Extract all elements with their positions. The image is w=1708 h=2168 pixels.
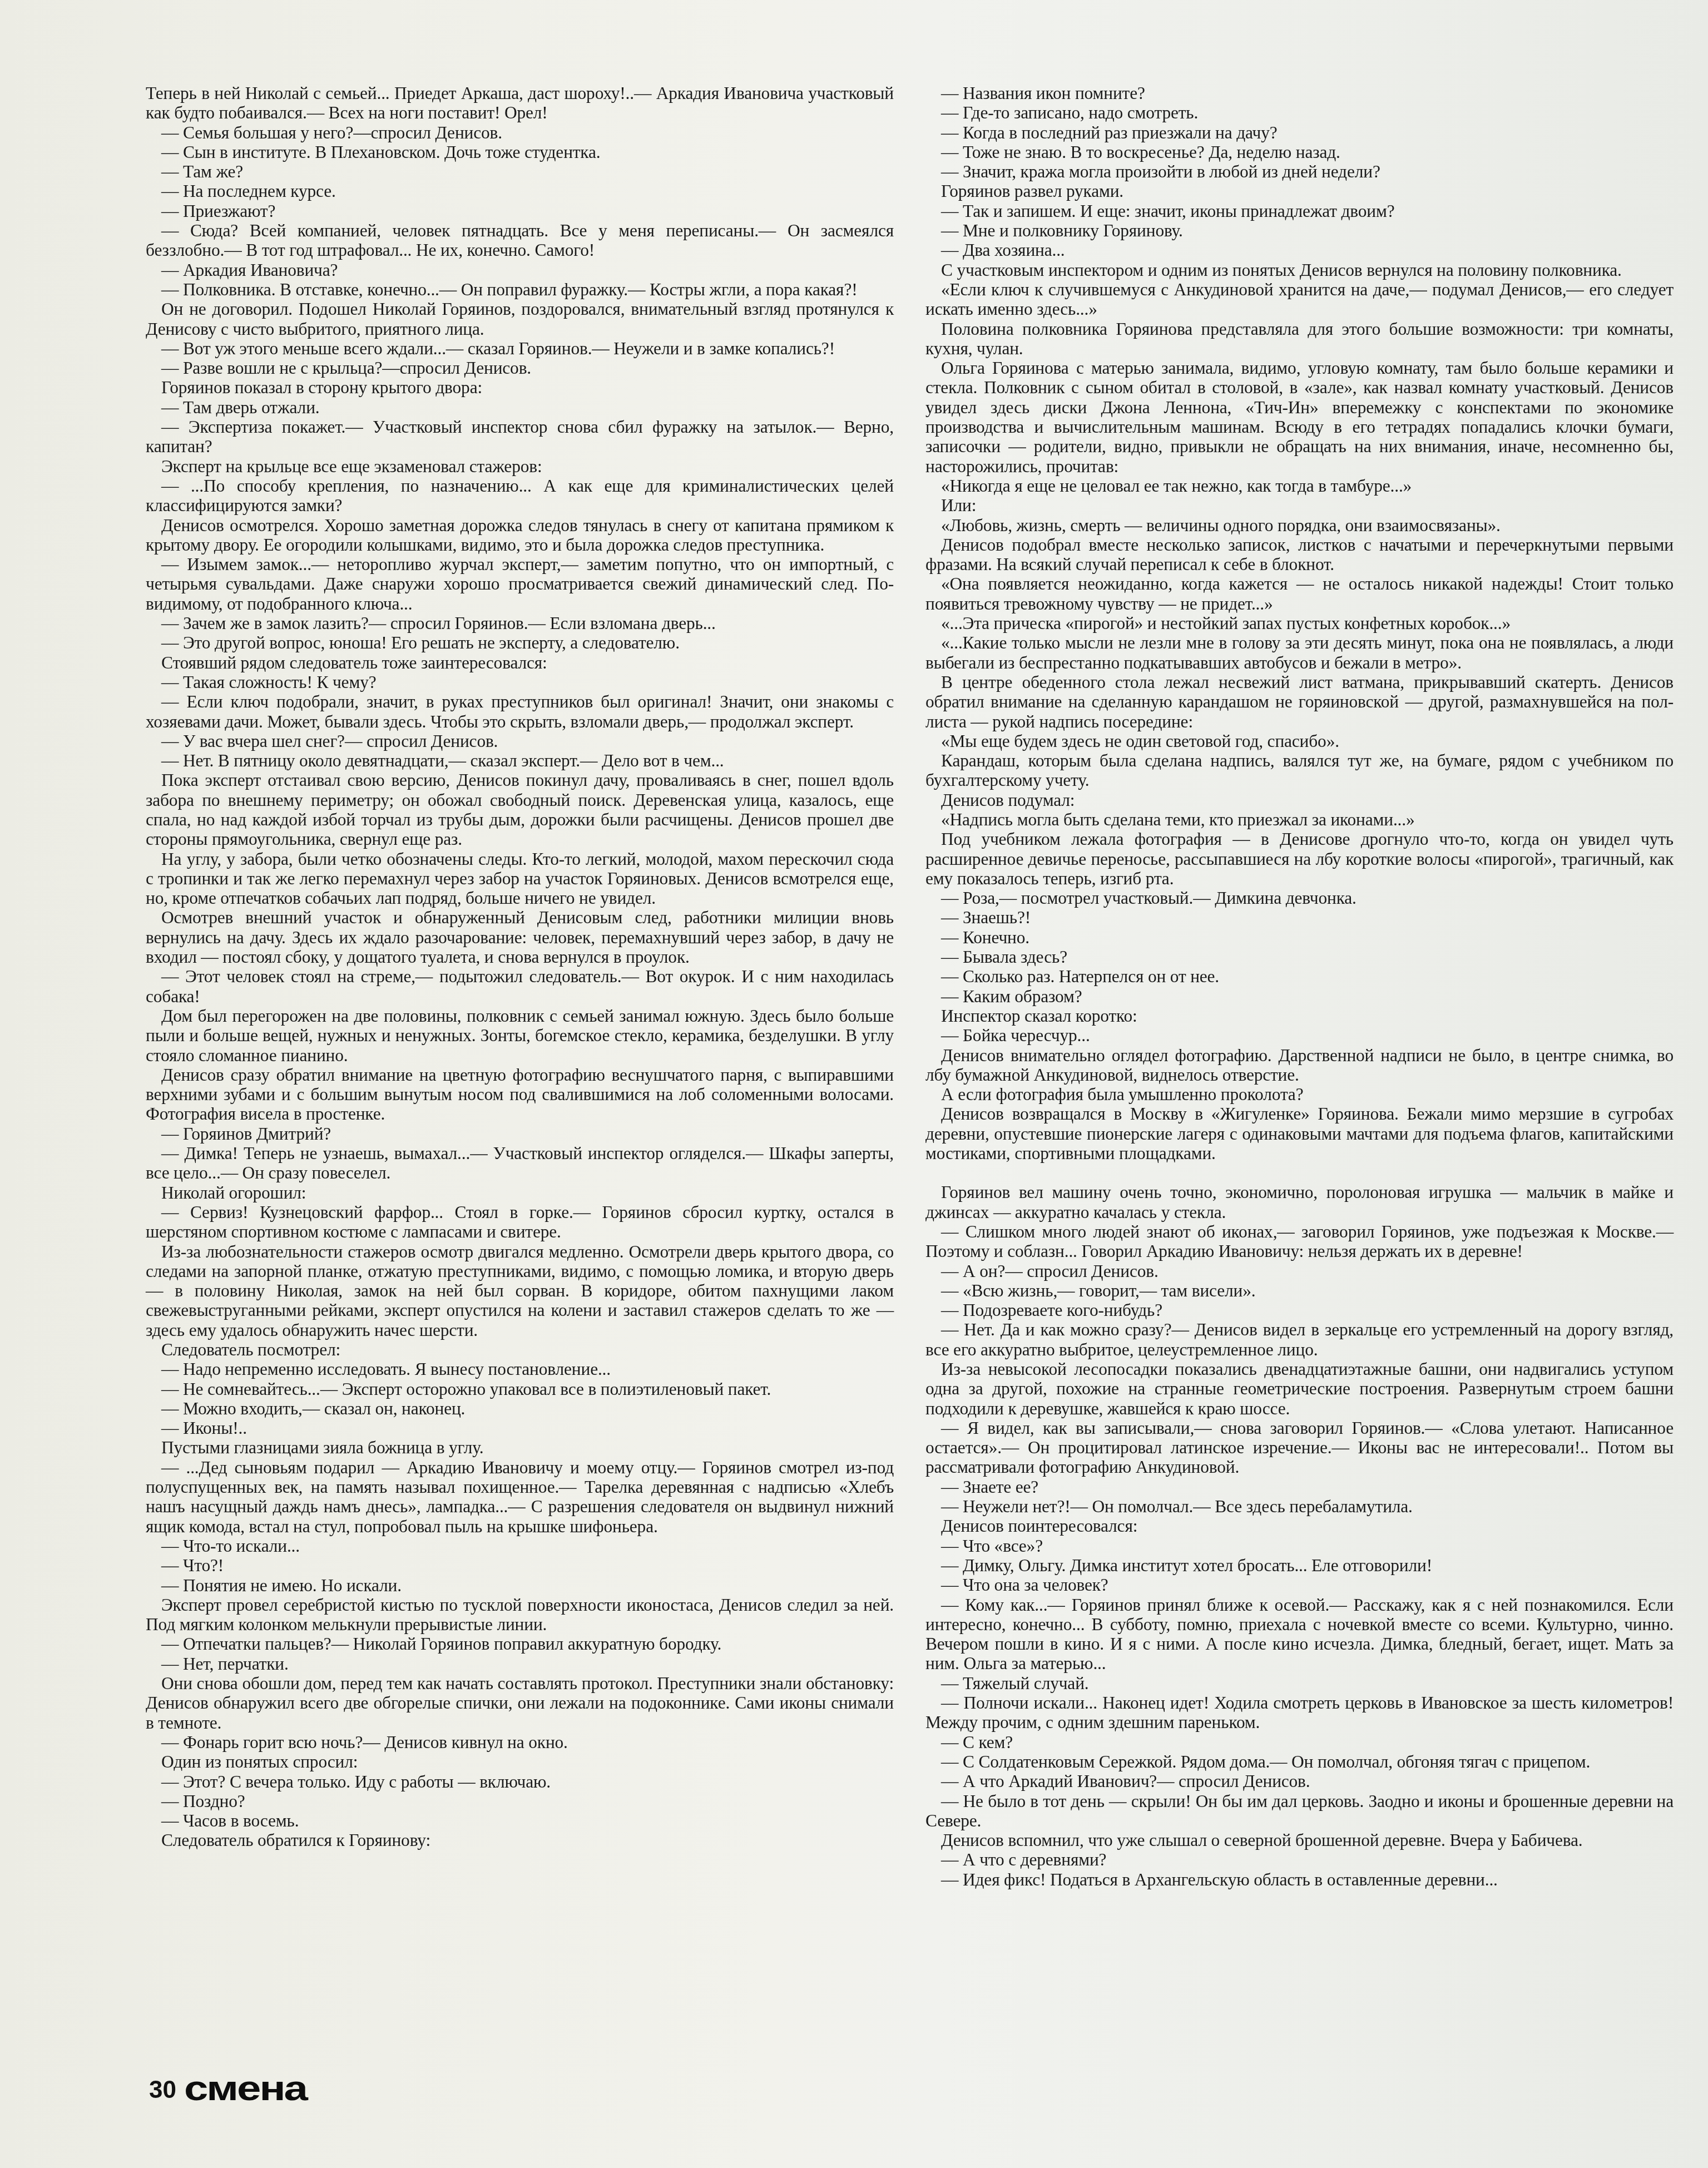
paragraph: Из-за невысокой лесопосадки показались д… (925, 1359, 1674, 1418)
paragraph: — Зачем же в замок лазить?— спросил Горя… (146, 613, 894, 633)
paragraph: В центре обеденного стола лежал несвежий… (925, 672, 1674, 731)
paragraph: — А он?— спросил Денисов. (925, 1261, 1674, 1281)
paragraph: — Этот? С вечера только. Иду с работы — … (146, 1772, 894, 1791)
paragraph: — Названия икон помните? (925, 83, 1674, 103)
paragraph: Следователь посмотрел: (146, 1340, 894, 1359)
paragraph: — Фонарь горит всю ночь?— Денисов кивнул… (146, 1733, 894, 1752)
paragraph: — Что она за человек? (925, 1575, 1674, 1595)
paragraph: А если фотография была умышленно проколо… (925, 1085, 1674, 1104)
paragraph: Один из понятых спросил: (146, 1752, 894, 1771)
paragraph: Половина полковника Горяинова представля… (925, 319, 1674, 359)
paragraph: — Каким образом? (925, 987, 1674, 1006)
paragraph: Николай огорошил: (146, 1183, 894, 1202)
paragraph: — Конечно. (925, 928, 1674, 947)
paragraph: — ...По способу крепления, по назначению… (146, 476, 894, 516)
paragraph: Стоявший рядом следователь тоже заинтере… (146, 653, 894, 672)
paragraph: — Бойка чересчур... (925, 1026, 1674, 1045)
paragraph: — С кем? (925, 1733, 1674, 1752)
paragraph: — Аркадия Ивановича? (146, 260, 894, 280)
paragraph: Денисов сразу обратил внимание на цветну… (146, 1065, 894, 1124)
paragraph: — Роза,— посмотрел участковый.— Димкина … (925, 888, 1674, 908)
paragraph: Под учебником лежала фотография — в Дени… (925, 829, 1674, 888)
paragraph: Пустыми глазницами зияла божница в углу. (146, 1438, 894, 1457)
paragraph: — Значит, кража могла произойти в любой … (925, 162, 1674, 181)
paragraph: — Понятия не имею. Но искали. (146, 1576, 894, 1595)
paragraph: — Бывала здесь? (925, 947, 1674, 967)
paragraph: Денисов возвращался в Москву в «Жигуленк… (925, 1104, 1674, 1163)
paragraph: Горяинов развел руками. (925, 181, 1674, 201)
paragraph: — Это другой вопрос, юноша! Его решать н… (146, 633, 894, 652)
paragraph: Денисов поинтересовался: (925, 1516, 1674, 1536)
paragraph: Ольга Горяинова с матерью занимала, види… (925, 358, 1674, 476)
paragraph: Горяинов вел машину очень точно, экономи… (925, 1182, 1674, 1222)
paragraph: — Изымем замок...— неторопливо журчал эк… (146, 555, 894, 613)
paragraph: Горяинов показал в сторону крытого двора… (146, 378, 894, 397)
paragraph: Эксперт на крыльце все еще экзаменовал с… (146, 457, 894, 476)
paragraph: — Горяинов Дмитрий? (146, 1124, 894, 1144)
page-footer: 30 смена (149, 2058, 306, 2108)
paragraph: — Разве вошли не с крыльца?—спросил Дени… (146, 358, 894, 378)
paragraph: — Надо непременно исследовать. Я вынесу … (146, 1359, 894, 1379)
paragraph: — Так и запишем. И еще: значит, иконы пр… (925, 201, 1674, 221)
paragraph: — Что?! (146, 1556, 894, 1575)
paragraph: Инспектор сказал коротко: (925, 1006, 1674, 1026)
paragraph: — Тоже не знаю. В то воскресенье? Да, не… (925, 142, 1674, 162)
paragraph: — Приезжают? (146, 201, 894, 221)
paragraph: «Никогда я еще не целовал ее так нежно, … (925, 476, 1674, 496)
paragraph: Пока эксперт отстаивал свою версию, Дени… (146, 770, 894, 849)
paragraph: Денисов подумал: (925, 790, 1674, 810)
paragraph: — Вот уж этого меньше всего ждали...— ск… (146, 339, 894, 358)
paragraph: — Сколько раз. Натерпелся он от нее. (925, 967, 1674, 986)
paragraph: — Отпечатки пальцев?— Николай Горяинов п… (146, 1634, 894, 1654)
paragraph: — Димка! Теперь не узнаешь, вымахал...— … (146, 1144, 894, 1183)
paragraph: — Нет. В пятницу около девятнадцати,— ск… (146, 751, 894, 770)
paragraph: «...Эта прическа «пирогой» и нестойкий з… (925, 613, 1674, 633)
paragraph: — «Всю жизнь,— говорит,— там висели». (925, 1281, 1674, 1300)
paragraph: — Не сомневайтесь...— Эксперт осторожно … (146, 1379, 894, 1399)
paragraph: — Там же? (146, 162, 894, 181)
paragraph: Или: (925, 496, 1674, 515)
paragraph: — Этот человек стоял на стреме,— подытож… (146, 967, 894, 1006)
paragraph: — Сервиз! Кузнецовский фарфор... Стоял в… (146, 1202, 894, 1242)
paragraph: «Если ключ к случившемуся с Анкудиновой … (925, 280, 1674, 319)
paragraph: Из-за любознательности стажеров осмотр д… (146, 1242, 894, 1340)
paragraph: — Подозреваете кого-нибудь? (925, 1300, 1674, 1320)
paragraph: — Мне и полковнику Горяинову. (925, 221, 1674, 240)
paragraph: «Она появляется неожиданно, когда кажетс… (925, 574, 1674, 613)
paragraph: Денисов подобрал вместе несколько записо… (925, 535, 1674, 575)
right-text-column: — Названия икон помните?— Где-то записан… (925, 83, 1674, 1889)
paragraph: Осмотрев внешний участок и обнаруженный … (146, 908, 894, 967)
paragraph: С участковым инспектором и одним из поня… (925, 260, 1674, 280)
page-number: 30 (149, 2076, 176, 2104)
paragraph: — Такая сложность! К чему? (146, 672, 894, 692)
paragraph: — Я видел, как вы записывали,— снова заг… (925, 1418, 1674, 1477)
paragraph: — Полковника. В отставке, конечно...— Он… (146, 280, 894, 299)
paragraph: Дом был перегорожен на две половины, пол… (146, 1006, 894, 1065)
paragraph: — Знаете ее? (925, 1477, 1674, 1497)
paragraph: — Когда в последний раз приезжали на дач… (925, 123, 1674, 142)
paragraph: — Сюда? Всей компанией, человек пятнадца… (146, 221, 894, 260)
paragraph: «Надпись могла быть сделана теми, кто пр… (925, 810, 1674, 829)
paragraph: Денисов вспомнил, что уже слышал о север… (925, 1830, 1674, 1850)
paragraph: — Кому как...— Горяинов принял ближе к о… (925, 1595, 1674, 1674)
paragraph: — Там дверь отжали. (146, 398, 894, 417)
paragraph: — С Солдатенковым Сережкой. Рядом дома.—… (925, 1752, 1674, 1771)
paragraph: — Что «все»? (925, 1536, 1674, 1556)
paragraph: Он не договорил. Подошел Николай Горяино… (146, 299, 894, 339)
paragraph: — Тяжелый случай. (925, 1674, 1674, 1693)
paragraph: — Экспертиза покажет.— Участковый инспек… (146, 417, 894, 457)
paragraph: — Идея фикс! Податься в Архангельскую об… (925, 1870, 1674, 1889)
paragraph: Они снова обошли дом, перед тем как нача… (146, 1674, 894, 1733)
paragraph: — На последнем курсе. (146, 181, 894, 201)
paragraph: На углу, у забора, были четко обозначены… (146, 849, 894, 908)
paragraph: — Семья большая у него?—спросил Денисов. (146, 123, 894, 142)
left-text-column: Теперь в ней Николай с семьей... Приедет… (146, 83, 894, 1850)
paragraph: «...Какие только мысли не лезли мне в го… (925, 633, 1674, 672)
paragraph: — Можно входить,— сказал он, наконец. (146, 1399, 894, 1418)
paragraph: — Димку, Ольгу. Димка институт хотел бро… (925, 1556, 1674, 1575)
paragraph: — Полночи искали... Наконец идет! Ходила… (925, 1693, 1674, 1733)
paragraph: — А что Аркадий Иванович?— спросил Денис… (925, 1771, 1674, 1791)
paragraph: Денисов внимательно оглядел фотографию. … (925, 1046, 1674, 1085)
paragraph: — Нет. Да и как можно сразу?— Денисов ви… (925, 1320, 1674, 1359)
paragraph: — Сын в институте. В Плехановском. Дочь … (146, 142, 894, 162)
paragraph: — Если ключ подобрали, значит, в руках п… (146, 692, 894, 731)
paragraph: — Неужели нет?!— Он помолчал.— Все здесь… (925, 1497, 1674, 1516)
paragraph: Эксперт провел серебристой кистью по тус… (146, 1595, 894, 1635)
paragraph: «Любовь, жизнь, смерть — величины одного… (925, 516, 1674, 535)
paragraph: — А что с деревнями? (925, 1850, 1674, 1869)
paragraph: — ...Дед сыновьям подарил — Аркадию Иван… (146, 1458, 894, 1536)
paragraph: — У вас вчера шел снег?— спросил Денисов… (146, 731, 894, 751)
paragraph: Теперь в ней Николай с семьей... Приедет… (146, 83, 894, 123)
paragraph: Карандаш, которым была сделана надпись, … (925, 751, 1674, 790)
paragraph: — Часов в восемь. (146, 1811, 894, 1830)
paragraph: — Иконы!.. (146, 1418, 894, 1438)
paragraph: — Где-то записано, надо смотреть. (925, 103, 1674, 122)
paragraph: — Поздно? (146, 1791, 894, 1811)
paragraph: — Слишком много людей знают об иконах,— … (925, 1222, 1674, 1261)
paragraph: — Что-то искали... (146, 1536, 894, 1556)
paragraph: — Знаешь?! (925, 908, 1674, 927)
paragraph: Следователь обратился к Горяинову: (146, 1830, 894, 1850)
paragraph: — Нет, перчатки. (146, 1654, 894, 1674)
paragraph: Денисов осмотрелся. Хорошо заметная доро… (146, 516, 894, 555)
paragraph: — Не было в тот день — скрыли! Он бы им … (925, 1791, 1674, 1831)
magazine-logo: смена (184, 2068, 306, 2108)
paragraph: — Два хозяина... (925, 240, 1674, 260)
paragraph: «Мы еще будем здесь не один световой год… (925, 731, 1674, 751)
